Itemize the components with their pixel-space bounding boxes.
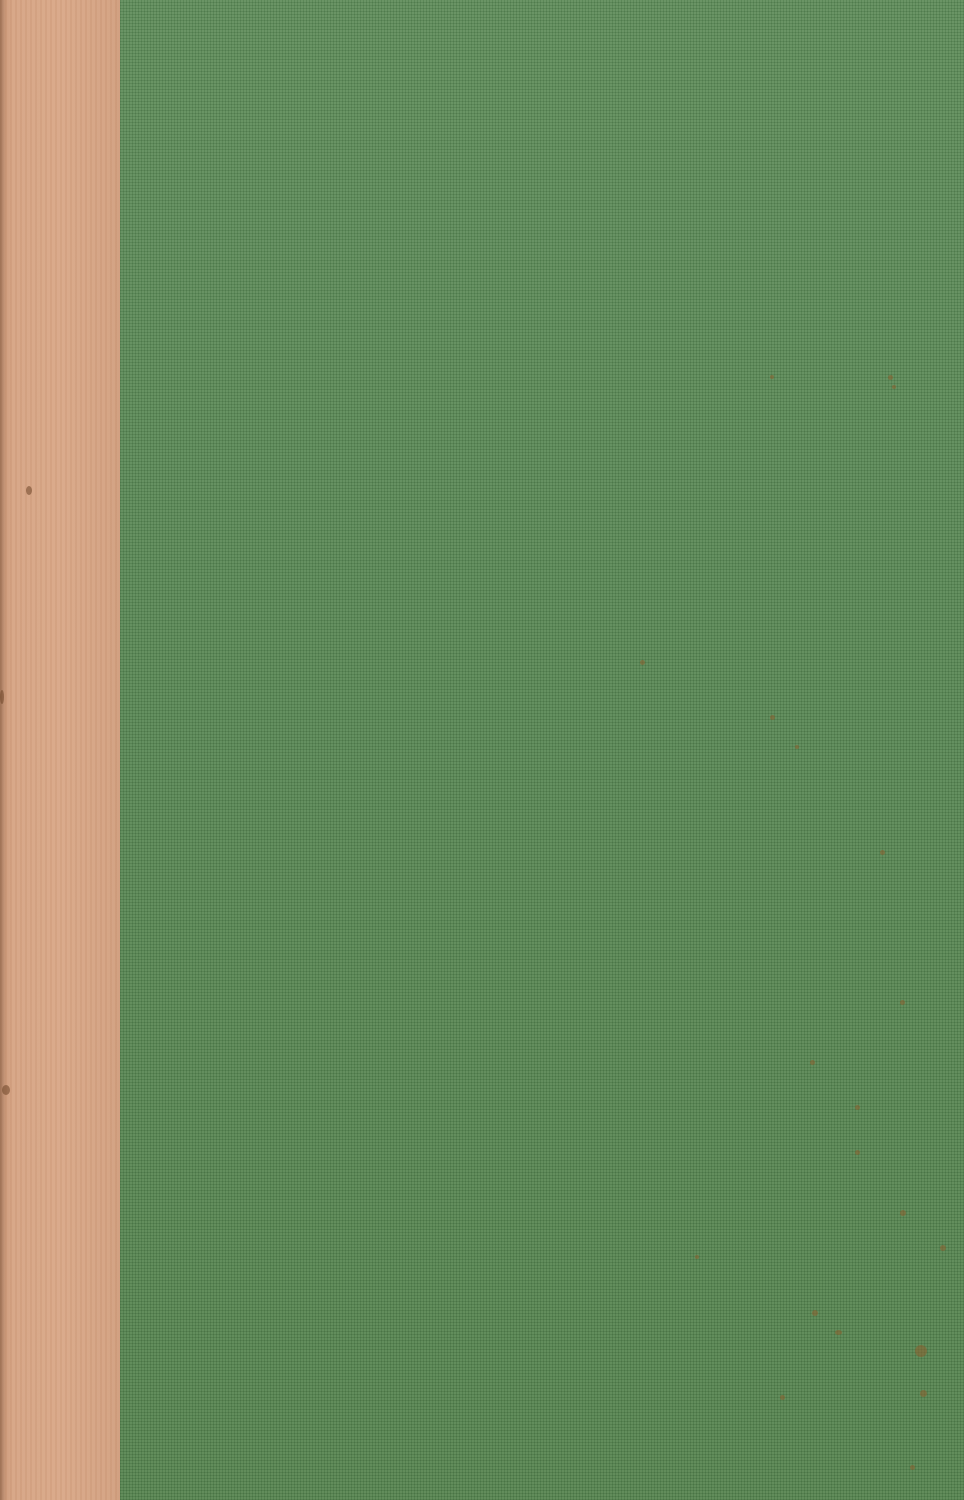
spine-blemish [2,1085,10,1095]
foxing-spot [900,1000,905,1005]
foxing-spot [855,1105,860,1110]
foxing-spot [770,715,775,720]
foxing-spot [810,1060,815,1065]
foxing-spot [940,1245,946,1251]
foxing-spot [880,850,885,855]
book-spine [0,0,124,1500]
foxing-spot [855,1150,860,1155]
foxing-spot [695,1255,699,1259]
foxing-spot [910,1465,915,1470]
foxing-spot [915,1345,927,1357]
foxing-spot [888,375,893,380]
spine-edge-shadow [0,0,6,1500]
spine-blemish [0,690,4,704]
foxing-spot [640,660,645,665]
spine-blemish [26,486,32,495]
foxing-spot [770,375,774,379]
foxing-spot [835,1330,842,1335]
book-cover [0,0,964,1500]
foxing-spot [795,745,799,749]
foxing-spot [892,385,896,389]
foxing-spot [780,1395,785,1400]
foxing-spot [920,1390,927,1397]
foxing-spot [812,1310,818,1316]
cover-cloth [120,0,964,1500]
foxing-spot [900,1210,906,1216]
